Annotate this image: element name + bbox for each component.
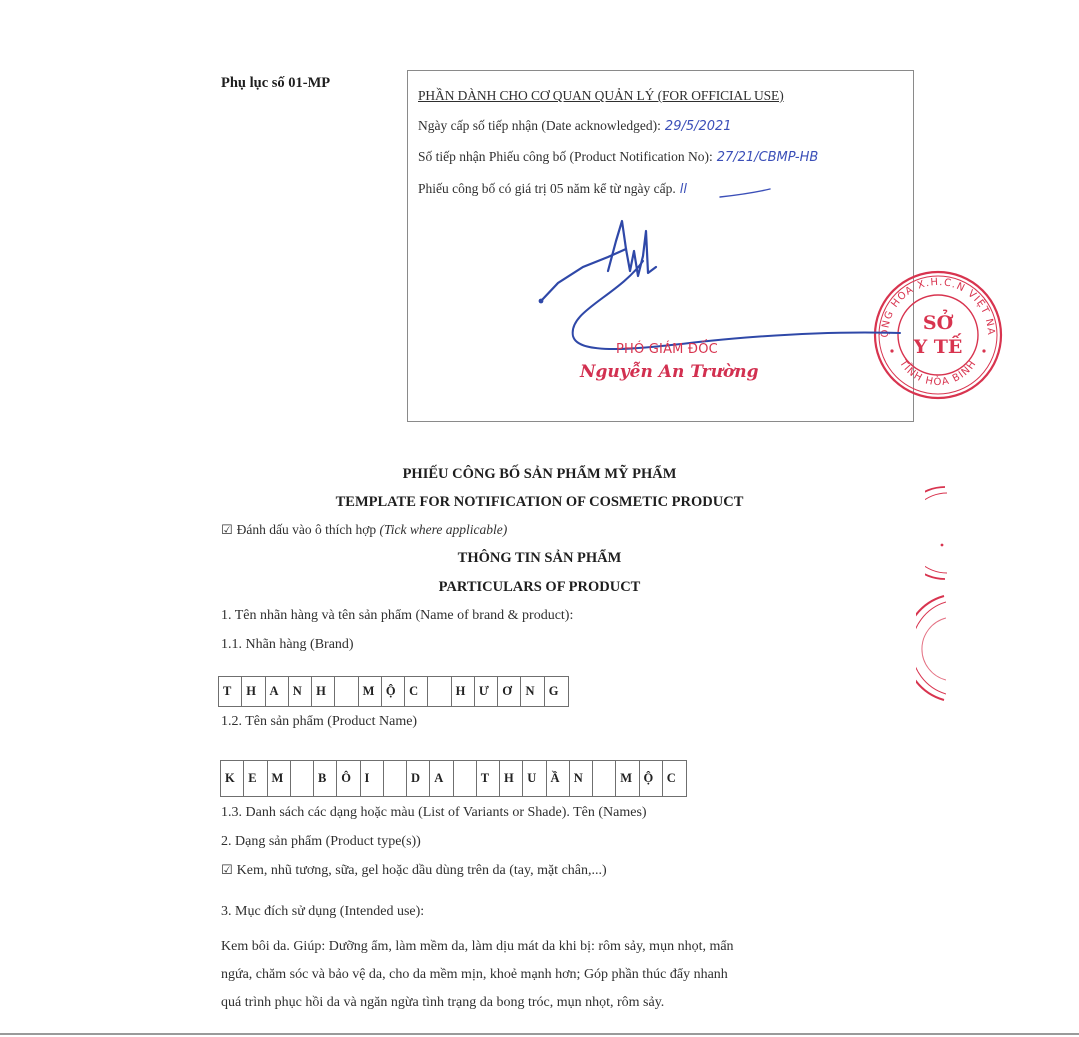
character-cell: Ư <box>475 677 498 706</box>
character-cell: C <box>663 761 686 796</box>
intended-use-line: Kem bôi da. Giúp: Dưỡng ẩm, làm mềm da, … <box>221 933 734 961</box>
item-1-1-heading: 1.1. Nhãn hàng (Brand) <box>221 637 354 653</box>
character-cell: G <box>545 677 568 706</box>
annex-label: Phụ lục số 01-MP <box>221 75 330 92</box>
official-use-box: PHẦN DÀNH CHO CƠ QUAN QUẢN LÝ (FOR OFFIC… <box>407 70 914 422</box>
item-2-heading: 2. Dạng sản phẩm (Product type(s)) <box>221 834 421 850</box>
intended-use-line: quá trình phục hồi da và ngăn ngừa tình … <box>221 989 734 1017</box>
character-cell: T <box>219 677 242 706</box>
validity-initials: ll <box>680 182 687 197</box>
validity-label: Phiếu công bố có giá trị 05 năm kể từ ng… <box>418 181 676 196</box>
notification-number-row: Số tiếp nhận Phiếu công bố (Product Noti… <box>418 149 818 165</box>
partial-stamp-icon <box>925 485 947 581</box>
date-acknowledged-label: Ngày cấp số tiếp nhận (Date acknowledged… <box>418 118 661 133</box>
signer-name: Nguyễn An Trường <box>580 362 759 382</box>
character-cell: A <box>266 677 289 706</box>
tick-note-vi: Đánh dấu vào ô thích hợp <box>237 522 380 537</box>
tick-note-en: (Tick where applicable) <box>380 522 508 537</box>
intended-use-text: Kem bôi da. Giúp: Dưỡng ẩm, làm mềm da, … <box>221 933 734 1017</box>
character-cell: K <box>221 761 244 796</box>
official-seal-stamp: CỘNG HÒA X.H.C.N VIỆT NAM TỈNH HÒA BÌNH … <box>872 269 1004 401</box>
checked-checkbox-icon: ☑ <box>221 523 233 538</box>
date-acknowledged-row: Ngày cấp số tiếp nhận (Date acknowledged… <box>418 118 732 134</box>
character-cell: H <box>452 677 475 706</box>
section-title-vi: THÔNG TIN SẢN PHẨM <box>0 550 1079 567</box>
character-cell: E <box>244 761 267 796</box>
tick-note: ☑Đánh dấu vào ô thích hợp (Tick where ap… <box>221 522 507 538</box>
form-title-en: TEMPLATE FOR NOTIFICATION OF COSMETIC PR… <box>0 494 1079 511</box>
intended-use-line: ngứa, chăm sóc và bảo vệ da, cho da mềm … <box>221 961 734 989</box>
character-cell: T <box>477 761 500 796</box>
brand-character-grid: THANHMỘCHƯƠNG <box>218 676 569 707</box>
partial-stamp-icon <box>916 594 946 702</box>
item-1-3-heading: 1.3. Danh sách các dạng hoặc màu (List o… <box>221 805 647 821</box>
character-cell: M <box>268 761 291 796</box>
character-cell: N <box>570 761 593 796</box>
character-cell: H <box>500 761 523 796</box>
character-cell: H <box>242 677 265 706</box>
character-cell: H <box>312 677 335 706</box>
item-1-2-heading: 1.2. Tên sản phẩm (Product Name) <box>221 714 417 730</box>
character-cell: Ơ <box>498 677 521 706</box>
product-name-character-grid: KEMBÔIDATHUẦNMỘC <box>220 760 687 797</box>
form-title-vi: PHIẾU CÔNG BỐ SẢN PHẨM MỸ PHẨM <box>0 466 1079 483</box>
checked-checkbox-icon: ☑ <box>221 863 233 878</box>
character-cell <box>454 761 477 796</box>
character-cell: Ộ <box>640 761 663 796</box>
official-use-title: PHẦN DÀNH CHO CƠ QUAN QUẢN LÝ (FOR OFFIC… <box>418 88 784 104</box>
product-type-text: Kem, nhũ tương, sữa, gel hoặc dầu dùng t… <box>237 863 607 878</box>
character-cell: Ộ <box>382 677 405 706</box>
character-cell: Ô <box>337 761 360 796</box>
character-cell <box>428 677 451 706</box>
character-cell <box>384 761 407 796</box>
character-cell: D <box>407 761 430 796</box>
character-cell: M <box>359 677 382 706</box>
character-cell <box>335 677 358 706</box>
item-1-heading: 1. Tên nhãn hàng và tên sản phẩm (Name o… <box>221 608 573 624</box>
character-cell: C <box>405 677 428 706</box>
notification-number-value: 27/21/CBMP-HB <box>717 150 819 165</box>
character-cell <box>291 761 314 796</box>
character-cell: I <box>361 761 384 796</box>
character-cell: U <box>523 761 546 796</box>
product-type-option: ☑Kem, nhũ tương, sữa, gel hoặc dầu dùng … <box>221 863 607 879</box>
character-cell <box>593 761 616 796</box>
character-cell: M <box>616 761 639 796</box>
date-acknowledged-value: 29/5/2021 <box>665 119 732 134</box>
signer-position: PHÓ GIÁM ĐỐC <box>616 342 718 357</box>
character-cell: N <box>521 677 544 706</box>
notification-number-label: Số tiếp nhận Phiếu công bố (Product Noti… <box>418 149 713 164</box>
stamp-center-line1: SỞ <box>923 308 954 334</box>
character-cell: N <box>289 677 312 706</box>
page-bottom-rule <box>0 1033 1079 1035</box>
stamp-center-line2: Y TẾ <box>913 333 963 358</box>
item-3-heading: 3. Mục đích sử dụng (Intended use): <box>221 904 424 920</box>
character-cell: A <box>430 761 453 796</box>
character-cell: B <box>314 761 337 796</box>
validity-row: Phiếu công bố có giá trị 05 năm kể từ ng… <box>418 181 687 197</box>
character-cell: Ầ <box>547 761 570 796</box>
